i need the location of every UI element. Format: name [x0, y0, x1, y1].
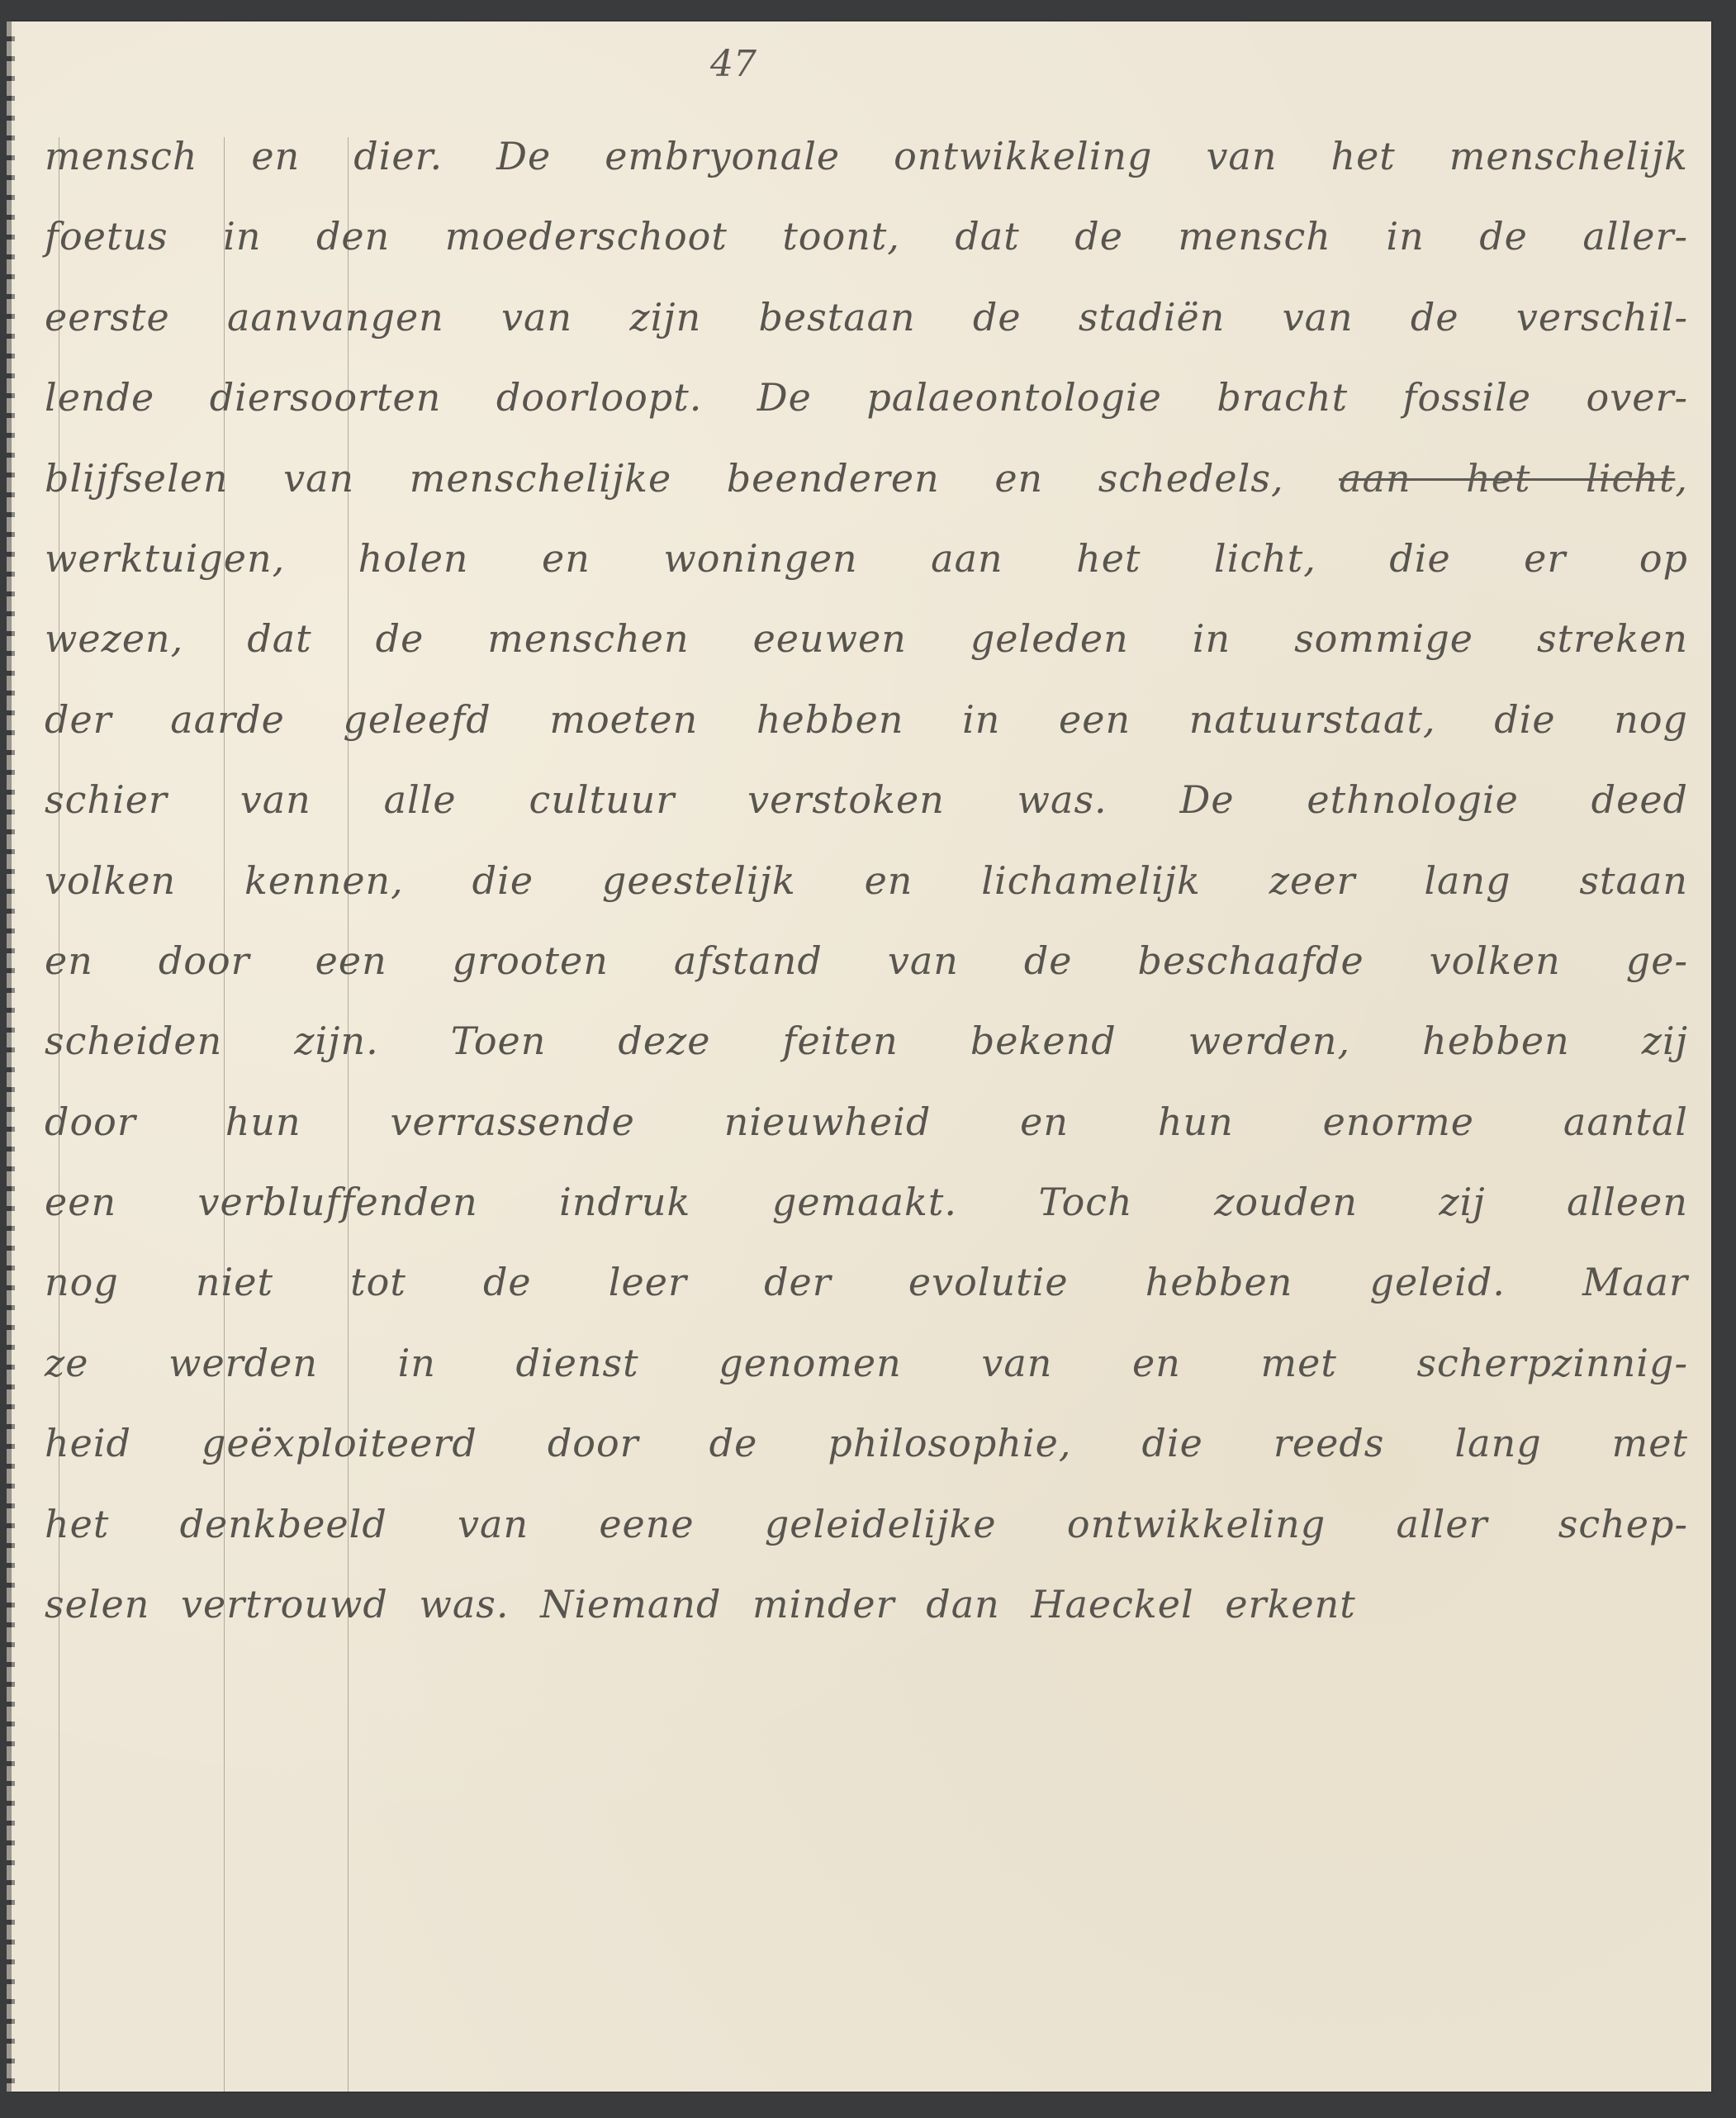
manuscript-page: 47 mensch en dier. De embryonale ontwikk… [12, 21, 1711, 2092]
text-line-12: scheiden zijn. Toen deze feiten bekend w… [45, 1001, 1688, 1081]
text-line-14: een verbluffenden indruk gemaakt. Toch z… [45, 1162, 1688, 1242]
text-line-15: nog niet tot de leer der evolutie hebben… [45, 1242, 1688, 1323]
text-line-10: volken kennen, die geestelijk en lichame… [45, 841, 1688, 921]
text-line-3: eerste aanvangen van zijn bestaan de sta… [45, 278, 1688, 358]
manuscript-text: mensch en dier. De embryonale ontwikkeli… [45, 116, 1688, 1645]
text-line-5: blijfselen van menschelijke beenderen en… [45, 439, 1688, 519]
text-line-1: mensch en dier. De embryonale ontwikkeli… [45, 116, 1688, 197]
text-line-11: en door een grooten afstand van de besch… [45, 921, 1688, 1001]
text-line-8: der aarde geleefd moeten hebben in een n… [45, 680, 1688, 760]
text-line-2: foetus in den moederschoot toont, dat de… [45, 197, 1688, 277]
text-line-5-main: blijfselen van menschelijke beenderen en… [45, 456, 1284, 501]
text-line-19: selen vertrouwd was. Niemand minder dan … [45, 1565, 1688, 1645]
text-line-7: wezen, dat de menschen eeuwen geleden in… [45, 599, 1688, 679]
struck-through-text: aan het licht [1339, 456, 1675, 501]
text-line-4: lende diersoorten doorloopt. De palaeont… [45, 358, 1688, 438]
text-line-6: werktuigen, holen en woningen aan het li… [45, 519, 1688, 599]
text-line-18: het denkbeeld van eene geleidelijke ontw… [45, 1484, 1688, 1565]
text-line-9: schier van alle cultuur verstoken was. D… [45, 760, 1688, 840]
text-line-17: heid geëxploiteerd door de philosophie, … [45, 1403, 1688, 1484]
text-line-16: ze werden in dienst genomen van en met s… [45, 1323, 1688, 1403]
text-line-5-tail: , [1675, 456, 1688, 501]
page-number: 47 [710, 43, 757, 85]
text-line-13: door hun verrassende nieuwheid en hun en… [45, 1082, 1688, 1162]
